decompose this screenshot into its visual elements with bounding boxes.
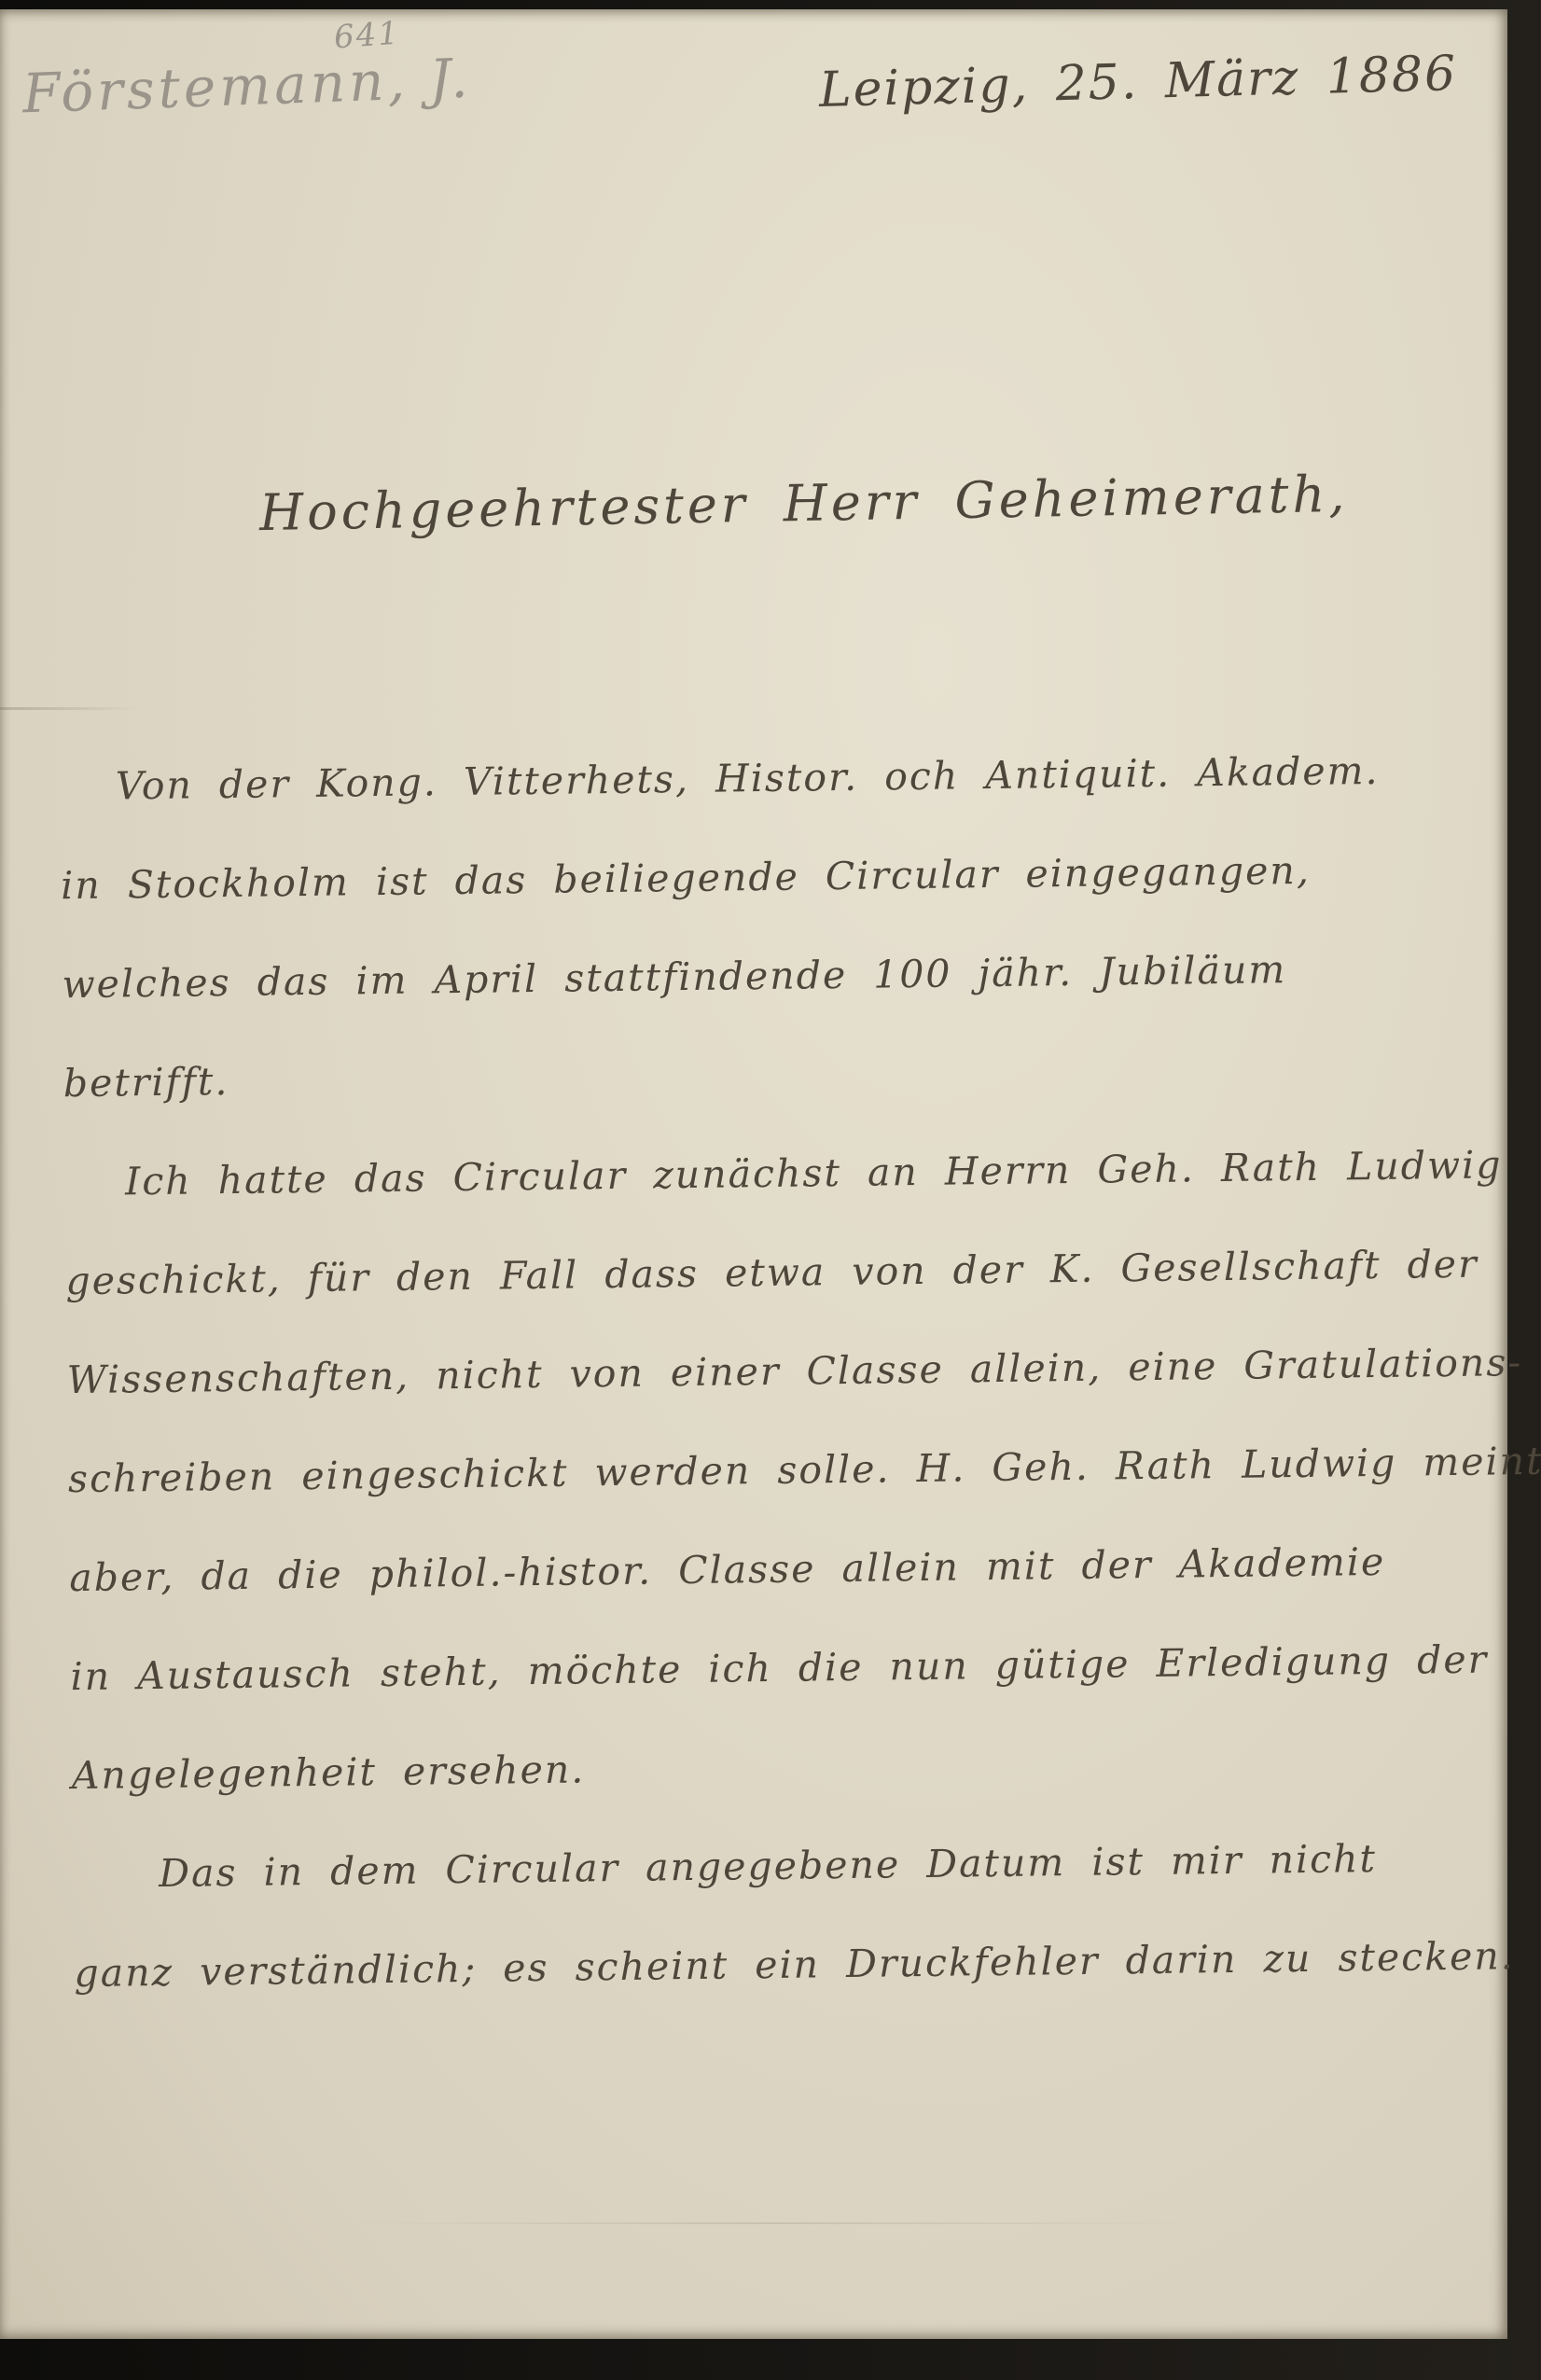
letter-line: welches das im April stattfindende 100 j… (62, 945, 1462, 1061)
letter-dateline: Leipzig, 25. März 1886 (818, 46, 1458, 118)
letter-line: geschickt, für den Fall dass etwa von de… (65, 1242, 1465, 1357)
letter-line: betrifft. (63, 1044, 1464, 1160)
letter-line: Von der Kong. Vitterhets, Histor. och An… (60, 747, 1460, 863)
letter-paper: Förstemann, J. 641 Leipzig, 25. März 188… (0, 9, 1507, 2339)
paper-crease (0, 707, 140, 710)
letter-line: Das in dem Circular angegebene Datum ist… (73, 1835, 1473, 1951)
letter-body: Von der Kong. Vitterhets, Histor. och An… (60, 747, 1475, 2050)
letter-line: Ich hatte das Circular zunächst an Herrn… (64, 1143, 1465, 1259)
letter-line: in Stockholm ist das beiliegende Circula… (61, 846, 1461, 962)
paper-crease (354, 2222, 1194, 2224)
letter-line: in Austausch steht, möchte ich die nun g… (70, 1637, 1470, 1753)
letter-line: ganz verständlich; es scheint ein Druckf… (74, 1934, 1474, 2050)
letter-line: Angelegenheit ersehen. (72, 1736, 1472, 1852)
letter-line: schreiben eingeschickt werden solle. H. … (68, 1440, 1468, 1555)
scanned-letter-page: Förstemann, J. 641 Leipzig, 25. März 188… (0, 0, 1541, 2380)
archival-name-annotation: Förstemann, J. (21, 47, 473, 126)
letter-line: aber, da die philol.-histor. Classe alle… (69, 1538, 1469, 1654)
letter-salutation: Hochgeehrtester Herr Geheimerath, (259, 465, 1349, 542)
archival-number-annotation: 641 (333, 15, 402, 57)
letter-line: Wissenschaften, nicht von einer Classe a… (66, 1341, 1466, 1456)
